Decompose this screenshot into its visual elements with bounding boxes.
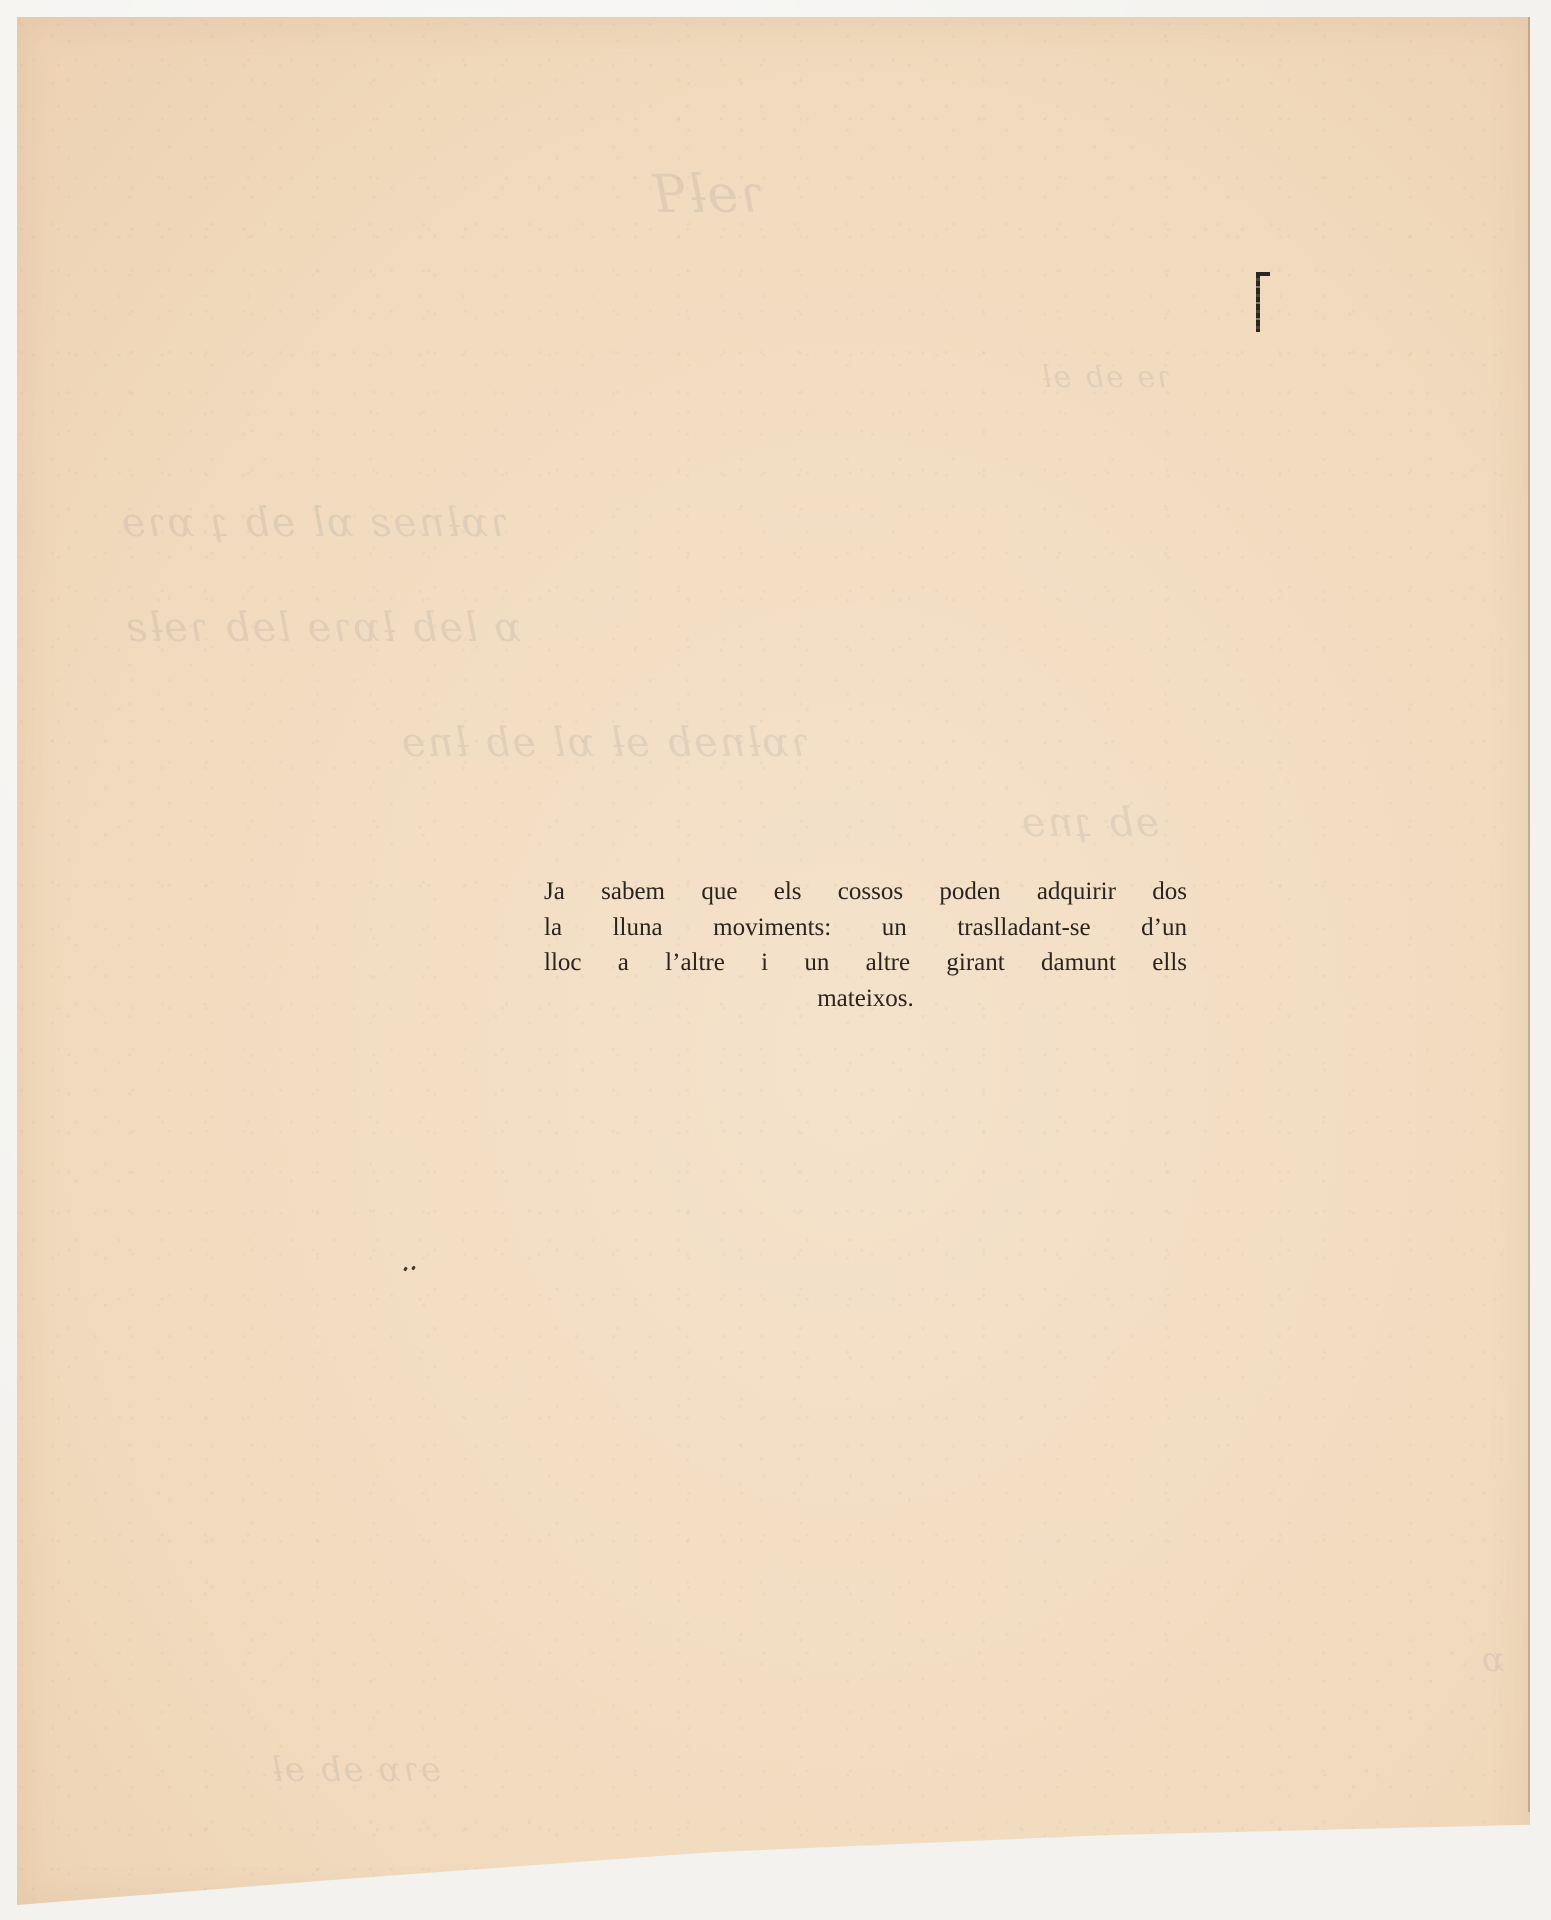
ink-speck — [403, 1267, 408, 1272]
bleed-through-handwriting: ɒ — [1480, 1640, 1505, 1680]
printed-corner-mark — [1256, 272, 1270, 332]
ink-speck — [411, 1266, 416, 1271]
printed-line-1: Ja sabem que els cossos poden adquirir d… — [544, 874, 1187, 910]
printed-line-4: mateixos. — [544, 981, 1187, 1017]
paper-right-edge — [1528, 17, 1530, 1812]
ink-specks — [404, 1266, 418, 1272]
printed-paragraph: Ja sabem que els cossos poden adquirir d… — [544, 874, 1187, 1016]
printed-line-2: la lluna moviments: un traslladant-se d’… — [544, 910, 1187, 946]
bleed-through-handwriting: ɘɿɒ ɘb ɘƚ — [270, 1750, 441, 1790]
printed-line-3: lloc a l’altre i un altre girant damunt … — [544, 945, 1187, 981]
bleed-through-handwriting: ɿɒƚnɘƨ ɒl ɘb ʇ ɒɿɘ — [120, 500, 509, 546]
corner-mark-vertical — [1256, 272, 1260, 332]
bleed-through-handwriting: ɿɘ ɘb ɘƚ — [1040, 360, 1171, 395]
bleed-through-handwriting: ɘb ʇnɘ — [1020, 800, 1160, 846]
bleed-through-handwriting: ɿɘƚꟼ — [650, 165, 764, 225]
bleed-through-handwriting: ɒ lɘb ƚɒɿɘ lɘb ɿɘƚƨ — [125, 605, 522, 651]
bleed-through-handwriting: ɿɒƚnɘb ɘƚ ɒl ɘb ƚnɘ — [400, 720, 810, 766]
